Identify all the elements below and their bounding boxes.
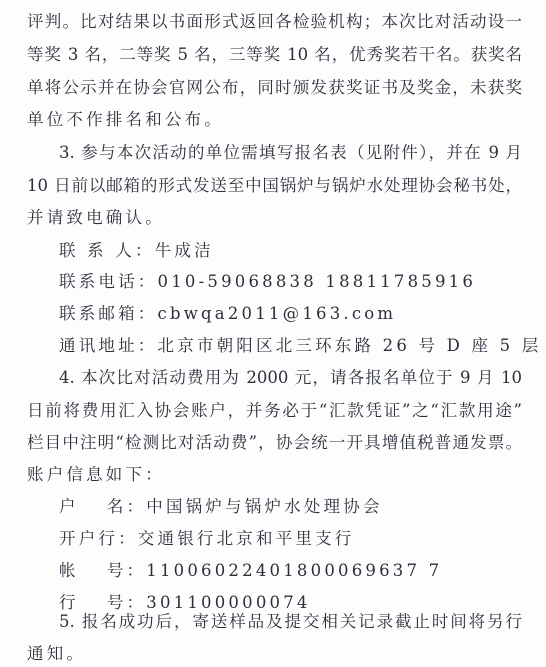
account-bank: 开户行：交通银行北京和平里支行	[59, 529, 355, 549]
paragraph-4-line-4: 账户信息如下：	[27, 465, 165, 485]
bank-number: 行 号：301100000074	[59, 593, 311, 613]
paragraph-4-line-3: 栏目中注明“检测比对活动费”，协会统一开具增值税普通发票。	[27, 433, 522, 453]
account-number: 帐 号：11006022401800069637 7	[59, 561, 442, 581]
contact-phone: 联系电话：010-59068838 18811785916	[59, 272, 476, 292]
paragraph-3-line-2: 10 日前以邮箱的形式发送至中国锅炉与锅炉水处理协会秘书处，	[27, 176, 522, 196]
paragraph-4-line-2: 日前将费用汇入协会账户，并务必于“汇款凭证”之“汇款用途”	[27, 401, 522, 421]
account-name: 户 名：中国锅炉与锅炉水处理协会	[59, 497, 383, 517]
document-page: 评判。比对结果以书面形式返回各检验机构；本次比对活动设一 等奖 3 名，二等奖 …	[0, 0, 546, 667]
paragraph-3-line-3: 并请致电确认。	[27, 208, 165, 228]
contact-address: 通讯地址：北京市朝阳区北三环东路 26 号 D 座 5 层	[59, 336, 542, 356]
paragraph-2-line-3: 单将公示并在协会官网公布，同时颁发获奖证书及奖金，未获奖	[27, 78, 522, 98]
contact-person: 联 系 人：牛成洁	[59, 241, 214, 261]
contact-email: 联系邮箱：cbwqa2011@163.com	[59, 304, 396, 324]
paragraph-4-line-1: 4. 本次比对活动费用为 2000 元，请各报名单位于 9 月 10	[59, 368, 522, 388]
paragraph-2-line-1: 评判。比对结果以书面形式返回各检验机构；本次比对活动设一	[27, 12, 522, 32]
paragraph-2-line-4: 单位不作排名和公布。	[27, 110, 224, 130]
paragraph-2-line-2: 等奖 3 名，二等奖 5 名，三等奖 10 名，优秀奖若干名。获奖名	[27, 45, 522, 65]
paragraph-5-line-1: 5. 报名成功后，寄送样品及提交相关记录截止时间将另行	[59, 612, 522, 632]
paragraph-3-line-1: 3. 参与本次活动的单位需填写报名表（见附件），并在 9 月	[59, 143, 522, 163]
paragraph-5-line-2: 通知。	[27, 644, 86, 664]
